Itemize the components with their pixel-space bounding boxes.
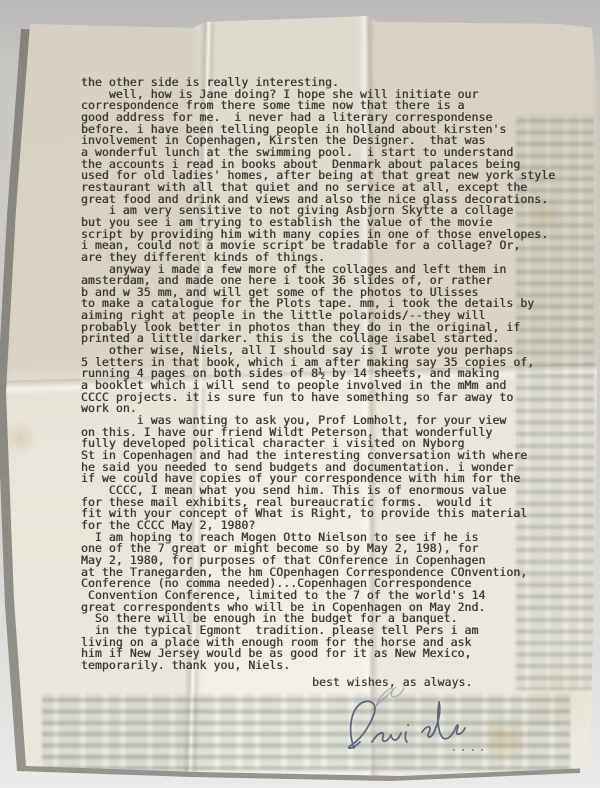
- signature-dots: ....: [450, 740, 488, 755]
- signature-text: David: [0, 0, 1, 1]
- letter-photo: the other side is really interesting. we…: [0, 0, 600, 788]
- signature-autograph: signature: [338, 680, 498, 775]
- letter-paper: the other side is really interesting. we…: [0, 0, 600, 788]
- letter-body: the other side is really interesting. we…: [81, 77, 555, 671]
